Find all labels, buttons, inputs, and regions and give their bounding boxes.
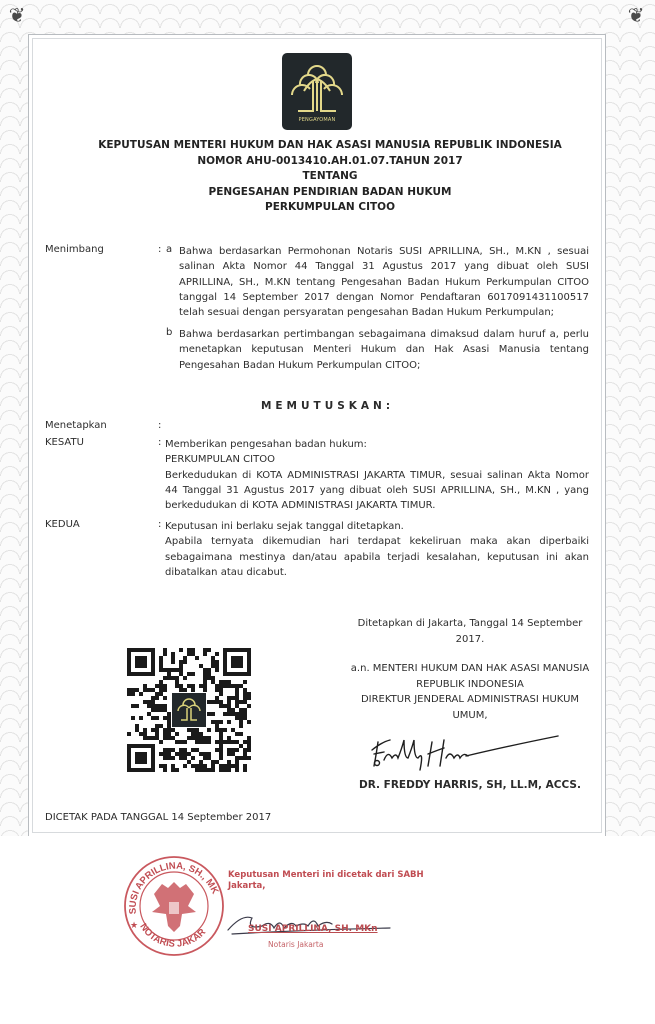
- kedua-label: KEDUA: [45, 519, 80, 530]
- item-marker-b: b: [166, 327, 172, 338]
- tree-emblem-icon: [288, 57, 346, 117]
- emblem-caption: PENGAYOMAN: [282, 117, 352, 123]
- garuda-emblem-icon: [152, 882, 196, 932]
- kedua-text: Keputusan ini berlaku sejak tanggal dite…: [165, 519, 589, 580]
- on-behalf-of: a.n. MENTERI HUKUM DAN HAK ASASI MANUSIA…: [340, 661, 600, 723]
- menimbang-colon: :: [158, 244, 161, 255]
- title-line: TENTANG: [30, 169, 630, 185]
- menimbang-item-a: Bahwa berdasarkan Permohonan Notaris SUS…: [179, 244, 589, 320]
- director-signature: [368, 730, 568, 778]
- kedua-colon: :: [158, 519, 161, 530]
- qr-emblem-icon: [172, 693, 206, 727]
- title-line: KEPUTUSAN MENTERI HUKUM DAN HAK ASASI MA…: [30, 138, 630, 154]
- ornament-icon: ❦: [625, 4, 647, 26]
- ornament-icon: ❦: [6, 4, 28, 26]
- item-marker-a: a: [166, 244, 172, 255]
- kesatu-label: KESATU: [45, 437, 84, 448]
- notary-name: SUSI APRILLINA, SH. MKn: [248, 924, 378, 934]
- menetapkan-colon: :: [158, 420, 161, 431]
- pengayoman-emblem: PENGAYOMAN: [282, 53, 352, 130]
- memutuskan-heading: MEMUTUSKAN:: [0, 400, 655, 412]
- title-line: PENGESAHAN PENDIRIAN BADAN HUKUM: [30, 185, 630, 201]
- decree-title: KEPUTUSAN MENTERI HUKUM DAN HAK ASASI MA…: [30, 138, 630, 216]
- notary-location: Notaris Jakarta: [268, 940, 323, 949]
- qr-code: [127, 648, 251, 772]
- menimbang-label: Menimbang: [45, 244, 104, 255]
- kesatu-text: Memberikan pengesahan badan hukum: PERKU…: [165, 437, 589, 513]
- decree-number: NOMOR AHU-0013410.AH.01.07.TAHUN 2017: [30, 154, 630, 170]
- printed-date: DICETAK PADA TANGGAL 14 September 2017: [45, 812, 271, 823]
- place-date: Ditetapkan di Jakarta, Tanggal 14 Septem…: [340, 616, 600, 647]
- sabh-note: Keputusan Menteri ini dicetak dari SABH …: [228, 870, 424, 892]
- organization-name: PERKUMPULAN CITOO: [165, 452, 589, 467]
- notary-stamp: SUSI APRILLINA, SH., MKn NOTARIS JAKARTA…: [122, 854, 226, 958]
- signer-name: DR. FREDDY HARRIS, SH, LL.M, ACCS.: [340, 779, 600, 791]
- menetapkan-label: Menetapkan: [45, 420, 107, 431]
- menimbang-item-b: Bahwa berdasarkan pertimbangan sebagaima…: [179, 327, 589, 373]
- svg-text:★: ★: [130, 921, 138, 931]
- kesatu-colon: :: [158, 437, 161, 448]
- organization-name: PERKUMPULAN CITOO: [30, 200, 630, 216]
